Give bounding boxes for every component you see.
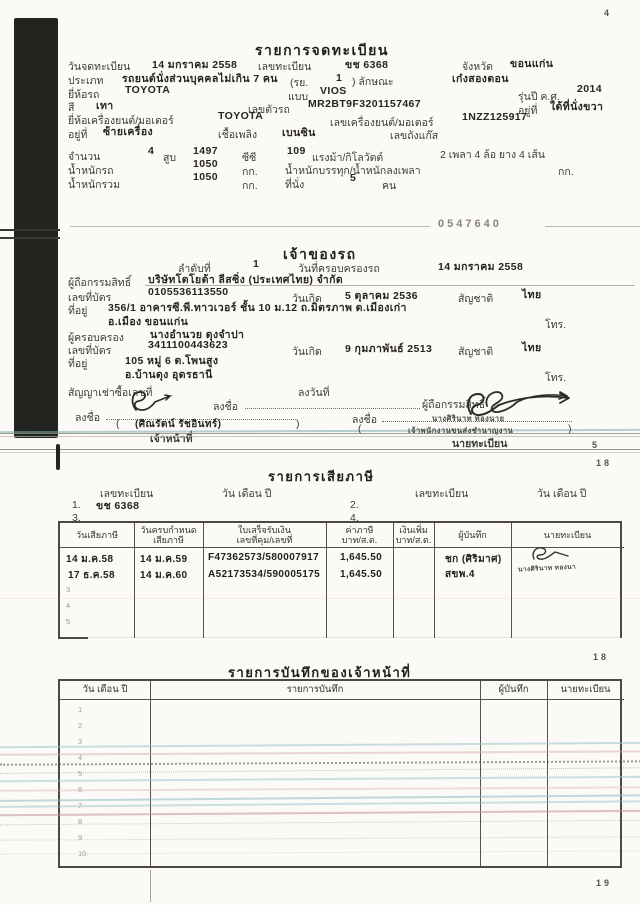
- notes-row-number: 9: [78, 833, 82, 842]
- tax-slot1-plate: ขช 6368: [96, 497, 139, 514]
- province-value: ขอนแก่น: [510, 55, 553, 72]
- tax-th-surcharge-line1: เงินเพิ่ม: [393, 525, 434, 535]
- scan-binding-bar: [14, 18, 58, 438]
- notes-th-recorder: ผู้บันทึก: [480, 685, 547, 695]
- engine-loc-value: ซ้ายเครื่อง: [103, 123, 153, 140]
- sign2-role: เจ้าหน้าที่: [150, 430, 193, 447]
- tax-th-receipt-line1: ใบเสร็จรับเงิน: [203, 525, 326, 535]
- tax-empty-row-number: 4: [66, 601, 70, 610]
- seat-count: 5: [350, 172, 356, 184]
- paren-close-left: ): [296, 418, 300, 430]
- sign3-stamp-name: นางศิรินาท ทองนาย: [432, 413, 505, 425]
- page-number-notes: 18: [593, 652, 609, 662]
- scan-streak: [0, 436, 640, 437]
- sign1-label: ลงชื่อ: [213, 398, 238, 415]
- notes-row-number: 3: [78, 737, 82, 746]
- plate-value: ขช 6368: [345, 56, 388, 73]
- year-value: 2014: [577, 83, 602, 95]
- scan-streak: [0, 449, 640, 450]
- stamp-number: 0547640: [438, 218, 502, 230]
- possessor-nat-value: ไทย: [522, 339, 542, 356]
- scan-fold-line: [150, 870, 151, 902]
- possessor-dob-label: วันเกิด: [292, 343, 322, 360]
- fuel-label: เชื้อเพลิง: [218, 126, 257, 143]
- tax-th-registrar: นายทะเบียน: [511, 530, 624, 540]
- tax-plate-label-2: เลขทะเบียน: [415, 485, 468, 502]
- scan-mark: [56, 444, 60, 470]
- gas-tank-label: เลขถังแก๊ส: [390, 127, 438, 144]
- sign3-label: ลงชื่อ: [352, 411, 377, 428]
- tax-table: วันเสียภาษี วันครบกำหนด เสียภาษี ใบเสร็จ…: [58, 521, 622, 638]
- weight-value: 1050: [193, 158, 218, 170]
- notes-col-divider: [547, 681, 548, 866]
- engine-loc-label: อยู่ที่: [68, 126, 87, 143]
- paren-close-right: ): [568, 423, 572, 435]
- tax-th-receipt-line2: เลขที่คุม/เลขที่: [203, 535, 326, 545]
- tax-th-recorder: ผู้บันทึก: [434, 530, 511, 540]
- notes-th-dmy: วัน เดือน ปี: [60, 685, 150, 695]
- tax-row-receipt: F47362573/580007917: [208, 552, 319, 563]
- tax-row-pay-date: 14 ม.ค.58: [66, 552, 113, 567]
- possessor-tel-label: โทร.: [545, 369, 566, 386]
- seat-label: ที่นั่ง: [285, 176, 304, 193]
- engine-no-value: 1NZZ125917: [462, 111, 527, 123]
- tax-th-pay-date: วันเสียภาษี: [60, 530, 134, 540]
- stamp-dash-left: [70, 226, 430, 227]
- gross-weight-unit: กก.: [242, 177, 258, 194]
- official-signature: [122, 388, 192, 416]
- tax-table-bottom-faint: [88, 637, 622, 638]
- notes-table: วัน เดือน ปี รายการบันทึก ผู้บันทึก นายท…: [58, 679, 622, 868]
- tax-col-divider: [434, 523, 435, 638]
- holder-tel-label: โทร.: [545, 316, 566, 333]
- notes-th-record: รายการบันทึก: [150, 685, 480, 695]
- load-unit: กก.: [558, 163, 574, 180]
- tax-col-divider: [511, 523, 512, 638]
- model-label: แบบ: [288, 88, 308, 105]
- model-value: VIOS: [320, 85, 347, 97]
- sign1-dotted-line: [245, 408, 420, 409]
- tax-slot2-no: 2.: [350, 499, 359, 511]
- tax-th-tax-line1: ค่าภาษี: [326, 525, 393, 535]
- notes-col-divider: [150, 681, 151, 866]
- page-number-tax: 18: [596, 458, 612, 468]
- type-code-close-body-label: ) ลักษณะ: [352, 73, 394, 90]
- possess-date-value: 14 มกราคม 2558: [438, 258, 523, 275]
- holder-nat-value: ไทย: [522, 286, 542, 303]
- tax-table-bottom-corner: [58, 637, 88, 639]
- brand-value: TOYOTA: [125, 84, 170, 96]
- paren-open-right: (: [358, 423, 362, 435]
- tax-row-amount: 1,645.50: [340, 569, 382, 580]
- tax-row-receipt: A52173534/590005175: [208, 569, 320, 580]
- notes-row-number: 6: [78, 785, 82, 794]
- axles-wheels-tires: 2 เพลา 4 ล้อ ยาง 4 เส้น: [440, 146, 545, 163]
- notes-header-underline: [60, 699, 624, 700]
- tax-row-due-date: 14 ม.ค.60: [140, 568, 187, 583]
- sequence-value: 1: [253, 258, 259, 270]
- notes-row-number: 2: [78, 721, 82, 730]
- cylinder-unit: สูบ: [163, 149, 176, 166]
- paren-open-left: (: [116, 418, 120, 430]
- holder-address-label: ที่อยู่: [68, 302, 87, 319]
- tax-row-recorder: ชก (ศิริมาศ): [445, 552, 502, 567]
- notes-row-number: 7: [78, 801, 82, 810]
- notes-row-number: 8: [78, 817, 82, 826]
- sign3-role: นายทะเบียน: [452, 435, 507, 452]
- fuel-value: เบนซิน: [282, 124, 316, 141]
- tax-th-surcharge-line2: บาท/ส.ต.: [393, 535, 434, 545]
- notes-row-number: 5: [78, 769, 82, 778]
- possessor-nat-label: สัญชาติ: [458, 343, 493, 360]
- scan-streak: [0, 237, 60, 239]
- stamp-dash-right: [545, 226, 640, 227]
- sign2-label: ลงชื่อ: [75, 409, 100, 426]
- tax-row-amount: 1,645.50: [340, 552, 382, 563]
- tax-row-due-date: 14 ม.ค.59: [140, 552, 187, 567]
- vin-loc-value: ใต้ที่นั่งขวา: [550, 98, 603, 115]
- gross-weight-label: น้ำหนักรวม: [68, 176, 120, 193]
- tax-registrar-stamp-name: นางศิรินาท ทองนา: [518, 561, 577, 574]
- page-number-bottom: 19: [596, 878, 612, 888]
- scan-streak: [0, 433, 640, 434]
- vin-value: MR2BT9F3201157467: [308, 98, 421, 110]
- tax-slot1-no: 1.: [72, 499, 81, 511]
- page-number-owner: 5: [592, 440, 600, 450]
- engine-brand-value: TOYOTA: [218, 110, 263, 122]
- tax-th-due-line2: เสียภาษี: [134, 535, 203, 545]
- notes-th-registrar: นายทะเบียน: [547, 685, 624, 695]
- possessor-dob-value: 9 กุมภาพันธ์ 2513: [345, 340, 432, 357]
- tax-title: รายการเสียภาษี: [268, 466, 375, 487]
- notes-row-number: 4: [78, 753, 82, 762]
- tax-empty-row-number: 5: [66, 617, 70, 626]
- type-code-value: 1: [336, 72, 342, 84]
- possessor-address-label: ที่อยู่: [68, 355, 87, 372]
- tax-th-due-line1: วันครบกำหนด: [134, 525, 203, 535]
- gross-weight-value: 1050: [193, 171, 218, 183]
- notes-row-number: 1: [78, 705, 82, 714]
- possessor-id-value: 3411100443623: [148, 339, 228, 351]
- scan-streak: [0, 429, 640, 433]
- scan-streak: [0, 229, 60, 231]
- tax-dmy-label-2: วัน เดือน ปี: [537, 485, 586, 502]
- seat-unit: คน: [382, 177, 396, 194]
- notes-col-divider: [480, 681, 481, 866]
- scanned-vehicle-registration-document: 4 รายการจดทะเบียน วันจดทะเบียน 14 มกราคม…: [0, 0, 640, 905]
- tax-empty-row-number: 3: [66, 585, 70, 594]
- notes-row-number: 10: [78, 849, 86, 858]
- contract-date-label: ลงวันที่: [298, 384, 330, 401]
- holder-id-value: 0105536113550: [148, 286, 229, 298]
- cc-value: 1497: [193, 145, 218, 157]
- cylinder-count: 4: [148, 145, 154, 157]
- page-number-top: 4: [604, 8, 612, 18]
- hp-value: 109: [287, 145, 306, 157]
- holder-nat-label: สัญชาติ: [458, 290, 493, 307]
- tax-dmy-label-1: วัน เดือน ปี: [222, 485, 271, 502]
- possessor-address-line2: อ.บ้านดุง อุดรธานี: [125, 366, 213, 383]
- scan-streak: [0, 452, 640, 453]
- tax-row-pay-date: 17 ธ.ค.58: [68, 568, 115, 583]
- tax-th-tax-line2: บาท/ส.ต.: [326, 535, 393, 545]
- tax-row-recorder: สขพ.4: [445, 567, 475, 582]
- body-style-value: เก๋งสองตอน: [452, 70, 509, 87]
